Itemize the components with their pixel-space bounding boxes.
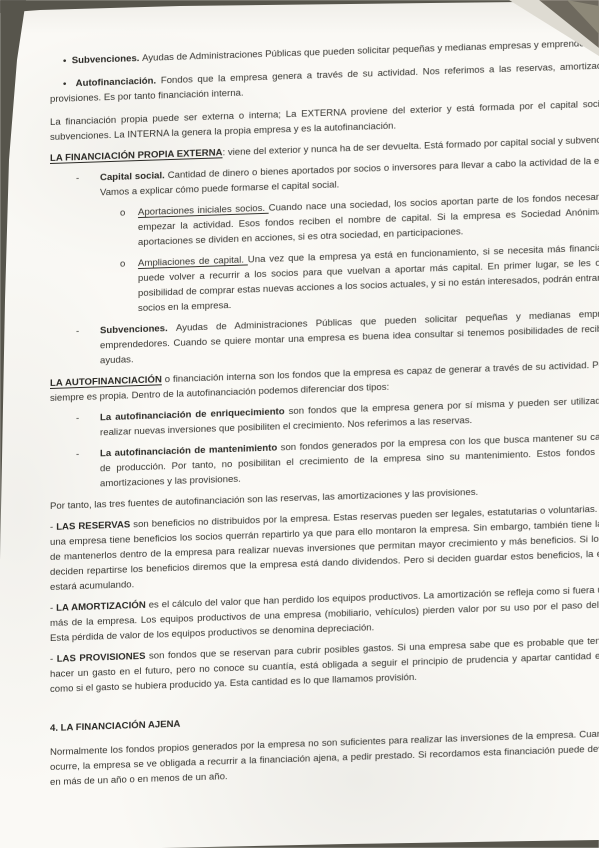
- text-run: Capital social.: [100, 170, 168, 183]
- paragraph: Normalmente los fondos propios generados…: [50, 726, 599, 790]
- list-marker: -: [76, 447, 79, 462]
- text-run: Cuando nace una sociedad, los socios apo…: [138, 191, 599, 248]
- photo-of-document: { "colors":{ "photo_background":"#57554c…: [0, 0, 599, 848]
- list-marker: o: [120, 257, 125, 272]
- text-run: Subvenciones.: [100, 323, 176, 337]
- text-run: La autofinanciación de enriquecimiento: [100, 406, 289, 423]
- text-run: Autofinanciación.: [76, 75, 161, 89]
- text-run: es el cálculo del valor que han perdido …: [50, 584, 599, 644]
- list-marker: -: [76, 324, 79, 339]
- text-run: LAS PROVISIONES: [57, 651, 149, 665]
- folded-corner: [479, 0, 599, 60]
- text-run: LA AMORTIZACIÓN: [56, 600, 149, 614]
- text-run: son fondos que se reservan para cubrir p…: [50, 635, 599, 695]
- text-run: Normalmente los fondos propios generados…: [50, 728, 599, 788]
- list-item: oAmpliaciones de capital. Una vez que la…: [50, 240, 599, 319]
- text-run: Ampliaciones de capital.: [138, 254, 248, 269]
- list-marker: o: [120, 206, 125, 221]
- list-marker: -: [76, 411, 79, 426]
- text-run: La autofinanciación de mantenimiento: [100, 442, 281, 459]
- text-run: son fondos generados por la empresa con …: [100, 431, 599, 490]
- text-run: -: [50, 654, 57, 665]
- text-run: Aportaciones iniciales socios.: [138, 203, 269, 218]
- text-run: LA AUTOFINANCIACIÓN: [50, 374, 162, 389]
- text-run: LAS RESERVAS: [56, 519, 133, 533]
- text-run: son beneficios no distribuidos por la em…: [50, 503, 599, 593]
- list-marker: •: [63, 55, 72, 66]
- paragraph: - LAS RESERVAS son beneficios no distrib…: [50, 501, 599, 595]
- list-marker: •: [63, 78, 76, 89]
- text-run: Ayudas de Administraciones Públicas que …: [100, 308, 599, 367]
- text-run: LA FINANCIACIÓN PROPIA EXTERNA: [50, 147, 223, 164]
- text-run: 4. LA FINANCIACIÓN AJENA: [50, 719, 180, 734]
- document-text: • Subvenciones. Ayudas de Administracion…: [50, 35, 599, 796]
- text-run: Subvenciones.: [72, 53, 142, 66]
- text-run: : viene del exterior y nunca ha de ser d…: [223, 134, 599, 158]
- text-run: Una vez que la empresa ya está en funcio…: [138, 242, 599, 314]
- list-marker: -: [76, 171, 79, 186]
